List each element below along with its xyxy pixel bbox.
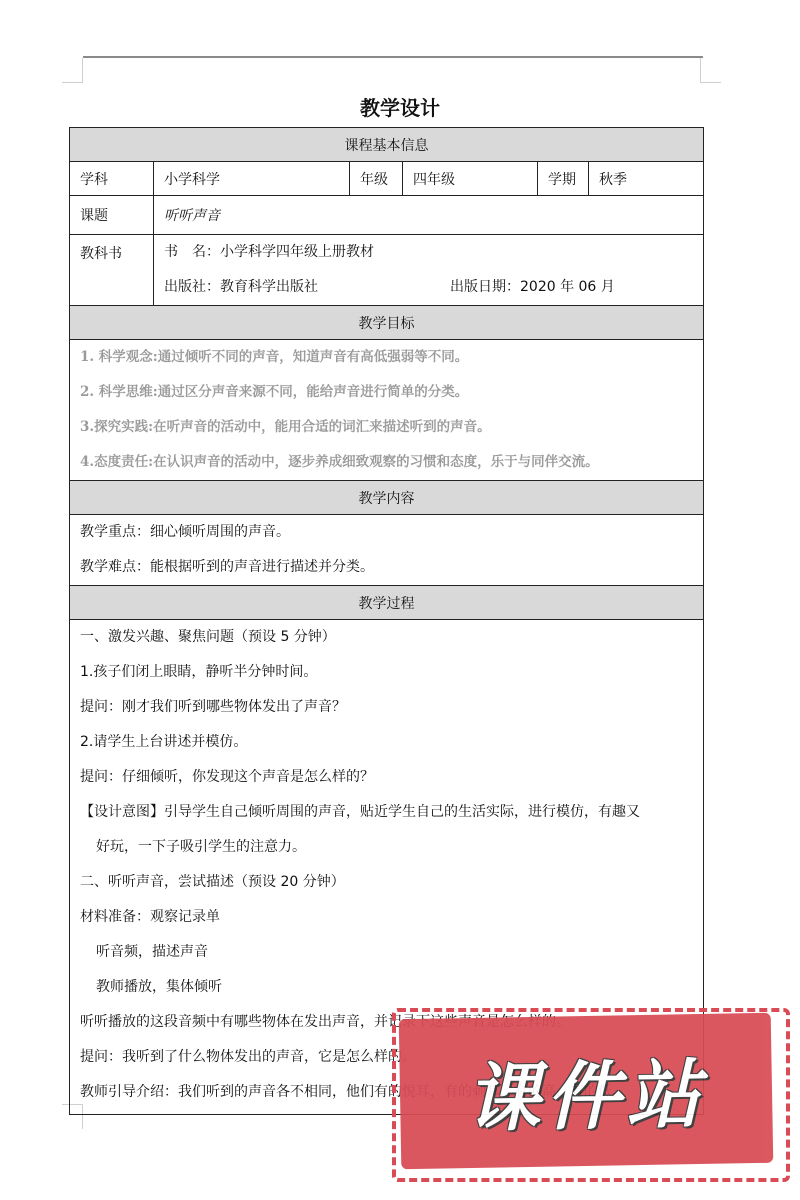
process-line: 提问：仔细倾听，你发现这个声音是怎么样的？ bbox=[80, 760, 693, 795]
goal-item: 2. 科学思维:通过区分声音来源不同，能给声音进行简单的分类。 bbox=[80, 375, 693, 410]
subject-label: 学科 bbox=[70, 162, 154, 196]
page-corner-mark bbox=[700, 58, 721, 83]
watermark-text: 课件站 bbox=[465, 1036, 707, 1146]
process-line: 1.孩子们闭上眼睛，静听半分钟时间。 bbox=[80, 655, 693, 690]
process-line: 【设计意图】引导学生自己倾听周围的声音，贴近学生自己的生活实际，进行模仿，有趣又 bbox=[80, 795, 693, 830]
difficulty-point: 教学难点：能根据听到的声音进行描述并分类。 bbox=[80, 550, 693, 585]
topic-value: 听听声音 bbox=[154, 196, 704, 235]
lesson-plan-table: 课程基本信息 学科 小学科学 年级 四年级 学期 秋季 课题 听听声音 教科书 … bbox=[69, 127, 704, 1115]
subject-value: 小学科学 bbox=[154, 162, 350, 196]
publisher-row: 出版社：教育科学出版社 出版日期：2020 年 06 月 bbox=[164, 270, 693, 305]
process-line: 二、听听声音，尝试描述（预设 20 分钟） bbox=[80, 865, 693, 900]
section-header-content: 教学内容 bbox=[70, 481, 704, 515]
publication-date: 出版日期：2020 年 06 月 bbox=[450, 270, 615, 305]
page-title: 教学设计 bbox=[0, 92, 800, 121]
process-line: 材料准备：观察记录单 bbox=[80, 900, 693, 935]
term-value: 秋季 bbox=[589, 162, 704, 196]
goal-item: 3.探究实践:在听声音的活动中，能用合适的词汇来描述听到的声音。 bbox=[80, 410, 693, 445]
section-header-process: 教学过程 bbox=[70, 586, 704, 620]
textbook-label: 教科书 bbox=[70, 235, 154, 306]
key-point: 教学重点：细心倾听周围的声音。 bbox=[80, 515, 693, 550]
grade-label: 年级 bbox=[350, 162, 403, 196]
watermark-stamp: 课件站 bbox=[399, 1013, 774, 1169]
process-line: 提问：刚才我们听到哪些物体发出了声音？ bbox=[80, 690, 693, 725]
goals-list: 1. 科学观念:通过倾听不同的声音，知道声音有高低强弱等不同。 2. 科学思维:… bbox=[70, 340, 704, 481]
grade-value: 四年级 bbox=[403, 162, 538, 196]
section-header-basic-info: 课程基本信息 bbox=[70, 128, 704, 162]
topic-label: 课题 bbox=[70, 196, 154, 235]
info-row-textbook: 教科书 书 名：小学科学四年级上册教材 出版社：教育科学出版社 出版日期：202… bbox=[70, 235, 704, 306]
process-line: 一、激发兴趣、聚焦问题（预设 5 分钟） bbox=[80, 620, 693, 655]
info-row-topic: 课题 听听声音 bbox=[70, 196, 704, 235]
page-header-rule bbox=[83, 56, 703, 58]
process-line: 好玩，一下子吸引学生的注意力。 bbox=[80, 830, 693, 865]
content-body: 教学重点：细心倾听周围的声音。 教学难点：能根据听到的声音进行描述并分类。 bbox=[70, 515, 704, 586]
process-line: 听音频，描述声音 bbox=[80, 935, 693, 970]
goal-item: 4.态度责任:在认识声音的活动中，逐步养成细致观察的习惯和态度，乐于与同伴交流。 bbox=[80, 445, 693, 480]
book-name: 书 名：小学科学四年级上册教材 bbox=[164, 235, 693, 270]
process-line: 2.请学生上台讲述并模仿。 bbox=[80, 725, 693, 760]
info-row-subject: 学科 小学科学 年级 四年级 学期 秋季 bbox=[70, 162, 704, 196]
term-label: 学期 bbox=[538, 162, 589, 196]
goal-item: 1. 科学观念:通过倾听不同的声音，知道声音有高低强弱等不同。 bbox=[80, 340, 693, 375]
page-corner-mark bbox=[62, 58, 83, 83]
section-header-goals: 教学目标 bbox=[70, 306, 704, 340]
publisher: 出版社：教育科学出版社 bbox=[164, 279, 318, 295]
process-line: 教师播放，集体倾听 bbox=[80, 970, 693, 1005]
